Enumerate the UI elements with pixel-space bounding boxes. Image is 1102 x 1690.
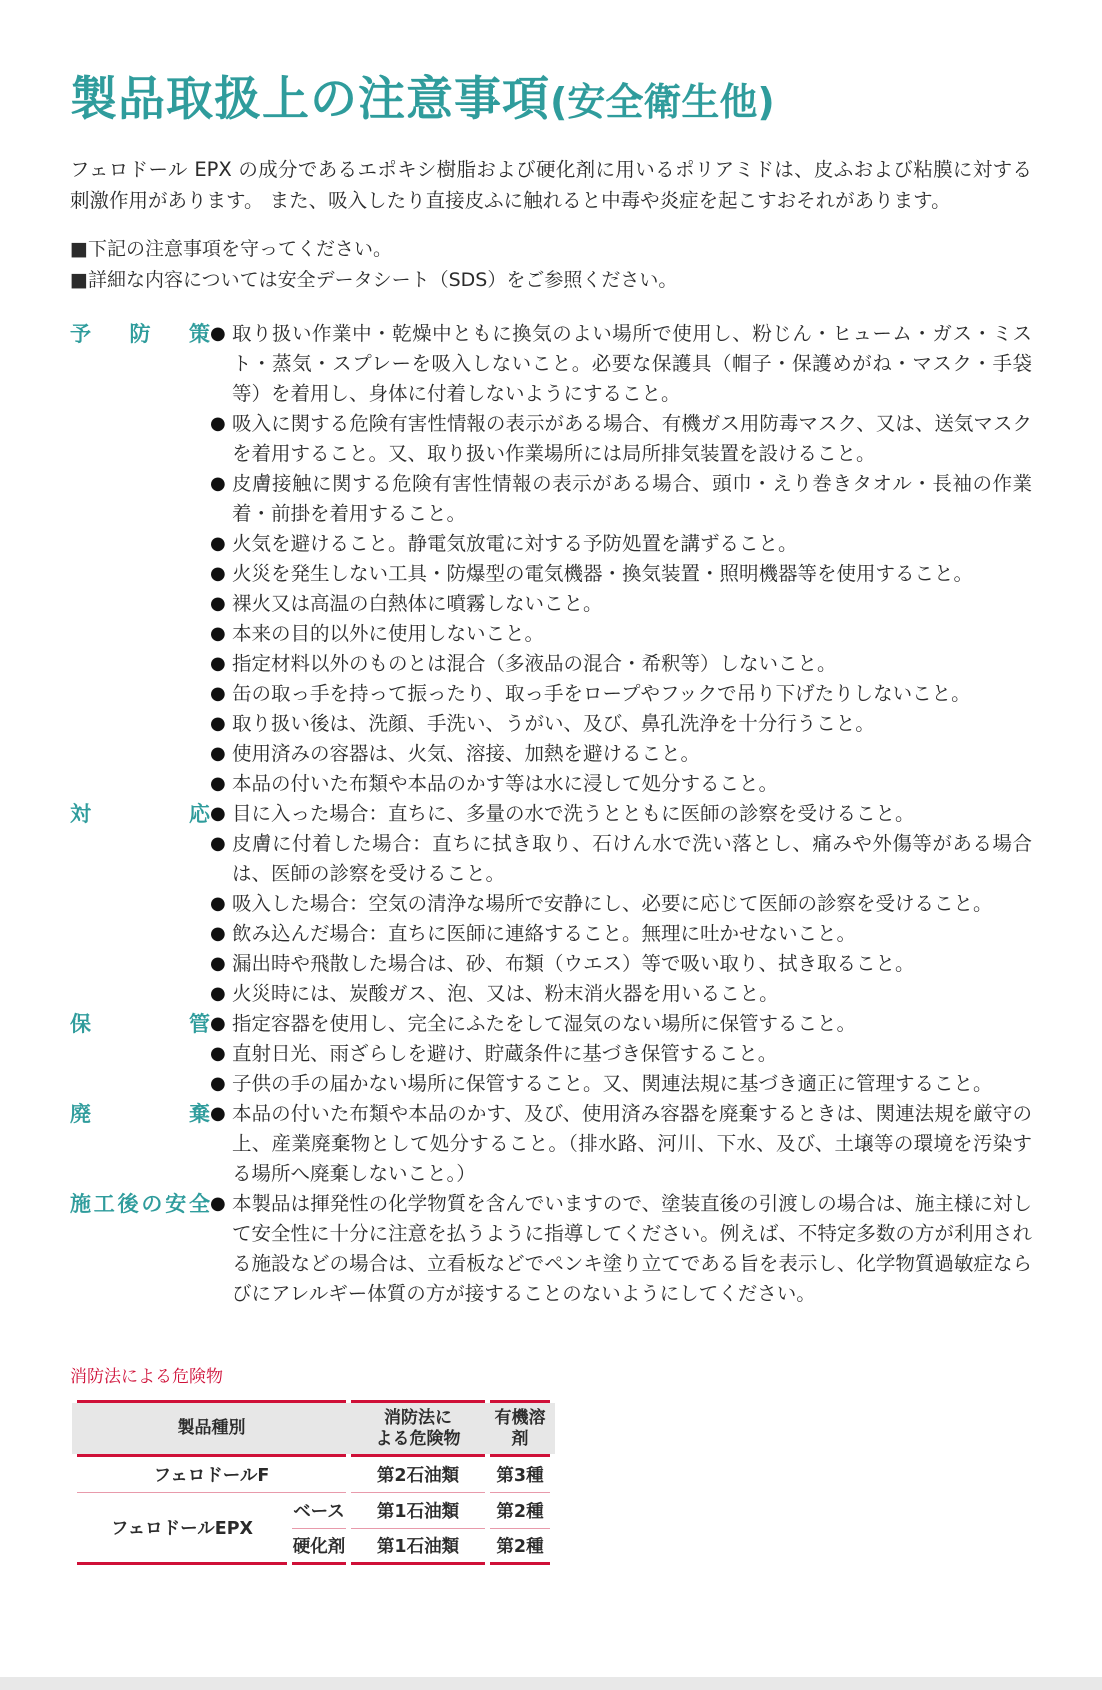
cell-hazard-class: 第2石油類 bbox=[351, 1457, 485, 1493]
col-header-organic-solvent: 有機溶剤 bbox=[490, 1400, 550, 1457]
bullet-icon: ● bbox=[210, 529, 226, 559]
bullet-icon: ● bbox=[210, 829, 226, 859]
bullet-item: ●吸入に関する危険有害性情報の表示がある場合、有機ガス用防毒マスク、又は、送気マ… bbox=[210, 409, 1032, 469]
bullet-item: ●目に入った場合：直ちに、多量の水で洗うとともに医師の診察を受けること。 bbox=[210, 799, 1032, 829]
bullet-icon: ● bbox=[210, 1039, 226, 1069]
table-row-ferrodor-f: フェロドールF 第2石油類 第3種 bbox=[77, 1457, 550, 1493]
bullet-text: 漏出時や飛散した場合は、砂、布類（ウエス）等で吸い取り、拭き取ること。 bbox=[232, 952, 915, 975]
bullet-item: ●本来の目的以外に使用しないこと。 bbox=[210, 619, 1032, 649]
notice-line: ■下記の注意事項を守ってください。 bbox=[70, 234, 1032, 265]
hazard-table-wrap: 製品種別 消防法に よる危険物 有機溶剤 フェロドールF 第2石油類 第3種 フ… bbox=[72, 1400, 555, 1565]
bullet-item: ●取り扱い作業中・乾燥中ともに換気のよい場所で使用し、粉じん・ヒューム・ガス・ミ… bbox=[210, 319, 1032, 409]
bullet-item: ●火気を避けること。静電気放電に対する予防処置を講ずること。 bbox=[210, 529, 1032, 559]
bullet-item: ●使用済みの容器は、火気、溶接、加熱を避けること。 bbox=[210, 739, 1032, 769]
bullet-icon: ● bbox=[210, 469, 226, 499]
bullet-icon: ● bbox=[210, 679, 226, 709]
bullet-icon: ● bbox=[210, 619, 226, 649]
section-response: 対応●目に入った場合：直ちに、多量の水で洗うとともに医師の診察を受けること。●皮… bbox=[70, 799, 1032, 1009]
bullet-text: 使用済みの容器は、火気、溶接、加熱を避けること。 bbox=[232, 742, 700, 765]
section-post-construction-safety: 施工後の安全●本製品は揮発性の化学物質を含んでいますので、塗装直後の引渡しの場合… bbox=[70, 1189, 1032, 1309]
table-row-ferrodor-epx-base: フェロドールEPX ベース 第1石油類 第2種 bbox=[77, 1493, 550, 1529]
bullet-text: 火災を発生しない工具・防爆型の電気機器・換気装置・照明機器等を使用すること。 bbox=[232, 562, 973, 585]
bullet-list: ●本製品は揮発性の化学物質を含んでいますので、塗装直後の引渡しの場合は、施主様に… bbox=[210, 1189, 1032, 1309]
bullet-item: ●本品の付いた布類や本品のかす、及び、使用済み容器を廃棄するときは、関連法規を厳… bbox=[210, 1099, 1032, 1189]
section-label: 予防策 bbox=[70, 319, 210, 349]
bullet-icon: ● bbox=[210, 319, 226, 349]
col-header-fire-law-hazard: 消防法に よる危険物 bbox=[351, 1400, 485, 1457]
bullet-item: ●指定容器を使用し、完全にふたをして湿気のない場所に保管すること。 bbox=[210, 1009, 1032, 1039]
bullet-icon: ● bbox=[210, 649, 226, 679]
page-title-sub: (安全衛生他) bbox=[550, 80, 775, 124]
col-header-product: 製品種別 bbox=[77, 1400, 346, 1457]
bullet-text: 本品の付いた布類や本品のかす等は水に浸して処分すること。 bbox=[232, 772, 778, 795]
cell-component: ベース bbox=[292, 1493, 346, 1529]
bullet-item: ●子供の手の届かない場所に保管すること。又、関連法規に基づき適正に管理すること。 bbox=[210, 1069, 1032, 1099]
section-prevention: 予防策●取り扱い作業中・乾燥中ともに換気のよい場所で使用し、粉じん・ヒューム・ガ… bbox=[70, 319, 1032, 799]
bullet-text: 指定容器を使用し、完全にふたをして湿気のない場所に保管すること。 bbox=[232, 1012, 856, 1035]
bullet-item: ●本品の付いた布類や本品のかす等は水に浸して処分すること。 bbox=[210, 769, 1032, 799]
bullet-text: 吸入に関する危険有害性情報の表示がある場合、有機ガス用防毒マスク、又は、送気マス… bbox=[232, 412, 1032, 465]
bullet-item: ●火災時には、炭酸ガス、泡、又は、粉末消火器を用いること。 bbox=[210, 979, 1032, 1009]
section-label: 施工後の安全 bbox=[70, 1189, 210, 1219]
bullet-icon: ● bbox=[210, 559, 226, 589]
bullet-text: 飲み込んだ場合：直ちに医師に連絡すること。無理に吐かせないこと。 bbox=[232, 922, 856, 945]
table-header-row: 製品種別 消防法に よる危険物 有機溶剤 bbox=[77, 1400, 550, 1457]
bullet-item: ●本製品は揮発性の化学物質を含んでいますので、塗装直後の引渡しの場合は、施主様に… bbox=[210, 1189, 1032, 1309]
section-label: 対応 bbox=[70, 799, 210, 829]
bullet-item: ●裸火又は高温の白熱体に噴霧しないこと。 bbox=[210, 589, 1032, 619]
bullet-text: 本製品は揮発性の化学物質を含んでいますので、塗装直後の引渡しの場合は、施主様に対… bbox=[232, 1192, 1032, 1305]
cell-product: フェロドールEPX bbox=[77, 1493, 287, 1565]
bullet-icon: ● bbox=[210, 1189, 226, 1219]
precaution-sections: 予防策●取り扱い作業中・乾燥中ともに換気のよい場所で使用し、粉じん・ヒューム・ガ… bbox=[70, 319, 1032, 1309]
page-edge-bar bbox=[0, 1677, 1102, 1690]
bullet-text: 本来の目的以外に使用しないこと。 bbox=[232, 622, 544, 645]
bullet-item: ●取り扱い後は、洗顔、手洗い、うがい、及び、鼻孔洗浄を十分行うこと。 bbox=[210, 709, 1032, 739]
section-label: 保管 bbox=[70, 1009, 210, 1039]
section-disposal: 廃棄●本品の付いた布類や本品のかす、及び、使用済み容器を廃棄するときは、関連法規… bbox=[70, 1099, 1032, 1189]
bullet-text: 皮膚接触に関する危険有害性情報の表示がある場合、頭巾・えり巻きタオル・長袖の作業… bbox=[232, 472, 1032, 525]
cell-component: 硬化剤 bbox=[292, 1529, 346, 1565]
bullet-text: 直射日光、雨ざらしを避け、貯蔵条件に基づき保管すること。 bbox=[232, 1042, 777, 1065]
bullet-icon: ● bbox=[210, 769, 226, 799]
bullet-icon: ● bbox=[210, 589, 226, 619]
cell-product: フェロドールF bbox=[77, 1457, 346, 1493]
bullet-icon: ● bbox=[210, 1099, 226, 1129]
notice-list: ■下記の注意事項を守ってください。 ■詳細な内容については安全データシート（SD… bbox=[70, 234, 1032, 296]
bullet-item: ●皮膚に付着した場合：直ちに拭き取り、石けん水で洗い落とし、痛みや外傷等がある場… bbox=[210, 829, 1032, 889]
document-page: 製品取扱上の注意事項(安全衛生他) フェロドール EPX の成分であるエポキシ樹… bbox=[0, 0, 1102, 1690]
bullet-item: ●吸入した場合：空気の清浄な場所で安静にし、必要に応じて医師の診察を受けること。 bbox=[210, 889, 1032, 919]
bullet-icon: ● bbox=[210, 979, 226, 1009]
bullet-icon: ● bbox=[210, 1069, 226, 1099]
bullet-icon: ● bbox=[210, 409, 226, 439]
bullet-item: ●直射日光、雨ざらしを避け、貯蔵条件に基づき保管すること。 bbox=[210, 1039, 1032, 1069]
bullet-text: 取り扱い後は、洗顔、手洗い、うがい、及び、鼻孔洗浄を十分行うこと。 bbox=[232, 712, 875, 735]
bullet-text: 指定材料以外のものとは混合（多液品の混合・希釈等）しないこと。 bbox=[232, 652, 837, 675]
bullet-icon: ● bbox=[210, 1009, 226, 1039]
bullet-icon: ● bbox=[210, 919, 226, 949]
page-content: 製品取扱上の注意事項(安全衛生他) フェロドール EPX の成分であるエポキシ樹… bbox=[70, 0, 1032, 1565]
cell-hazard-class: 第1石油類 bbox=[351, 1493, 485, 1529]
bullet-text: 子供の手の届かない場所に保管すること。又、関連法規に基づき適正に管理すること。 bbox=[232, 1072, 993, 1095]
bullet-text: 皮膚に付着した場合：直ちに拭き取り、石けん水で洗い落とし、痛みや外傷等がある場合… bbox=[232, 832, 1032, 885]
bullet-item: ●漏出時や飛散した場合は、砂、布類（ウエス）等で吸い取り、拭き取ること。 bbox=[210, 949, 1032, 979]
bullet-list: ●目に入った場合：直ちに、多量の水で洗うとともに医師の診察を受けること。●皮膚に… bbox=[210, 799, 1032, 1009]
cell-solvent-class: 第2種 bbox=[490, 1493, 550, 1529]
bullet-icon: ● bbox=[210, 799, 226, 829]
section-storage: 保管●指定容器を使用し、完全にふたをして湿気のない場所に保管すること。●直射日光… bbox=[70, 1009, 1032, 1099]
cell-hazard-class: 第1石油類 bbox=[351, 1529, 485, 1565]
bullet-text: 缶の取っ手を持って振ったり、取っ手をロープやフックで吊り下げたりしないこと。 bbox=[232, 682, 971, 705]
bullet-item: ●飲み込んだ場合：直ちに医師に連絡すること。無理に吐かせないこと。 bbox=[210, 919, 1032, 949]
bullet-icon: ● bbox=[210, 739, 226, 769]
bullet-list: ●本品の付いた布類や本品のかす、及び、使用済み容器を廃棄するときは、関連法規を厳… bbox=[210, 1099, 1032, 1189]
bullet-list: ●指定容器を使用し、完全にふたをして湿気のない場所に保管すること。●直射日光、雨… bbox=[210, 1009, 1032, 1099]
hazard-table: 製品種別 消防法に よる危険物 有機溶剤 フェロドールF 第2石油類 第3種 フ… bbox=[72, 1400, 555, 1565]
bullet-text: 火災時には、炭酸ガス、泡、又は、粉末消火器を用いること。 bbox=[232, 982, 779, 1005]
bullet-icon: ● bbox=[210, 709, 226, 739]
cell-solvent-class: 第3種 bbox=[490, 1457, 550, 1493]
bullet-item: ●皮膚接触に関する危険有害性情報の表示がある場合、頭巾・えり巻きタオル・長袖の作… bbox=[210, 469, 1032, 529]
bullet-item: ●缶の取っ手を持って振ったり、取っ手をロープやフックで吊り下げたりしないこと。 bbox=[210, 679, 1032, 709]
bullet-text: 吸入した場合：空気の清浄な場所で安静にし、必要に応じて医師の診察を受けること。 bbox=[232, 892, 993, 915]
page-title: 製品取扱上の注意事項(安全衛生他) bbox=[70, 74, 1032, 130]
cell-solvent-class: 第2種 bbox=[490, 1529, 550, 1565]
page-title-main: 製品取扱上の注意事項 bbox=[70, 72, 550, 127]
bullet-text: 火気を避けること。静電気放電に対する予防処置を講ずること。 bbox=[232, 532, 798, 555]
fire-law-heading: 消防法による危険物 bbox=[70, 1365, 1032, 1389]
bullet-icon: ● bbox=[210, 889, 226, 919]
intro-paragraph: フェロドール EPX の成分であるエポキシ樹脂および硬化剤に用いるポリアミドは、… bbox=[70, 154, 1032, 216]
bullet-text: 裸火又は高温の白熱体に噴霧しないこと。 bbox=[232, 592, 603, 615]
section-label: 廃棄 bbox=[70, 1099, 210, 1129]
notice-line: ■詳細な内容については安全データシート（SDS）をご参照ください。 bbox=[70, 265, 1032, 296]
bullet-list: ●取り扱い作業中・乾燥中ともに換気のよい場所で使用し、粉じん・ヒューム・ガス・ミ… bbox=[210, 319, 1032, 799]
bullet-text: 取り扱い作業中・乾燥中ともに換気のよい場所で使用し、粉じん・ヒューム・ガス・ミス… bbox=[232, 322, 1032, 405]
bullet-item: ●火災を発生しない工具・防爆型の電気機器・換気装置・照明機器等を使用すること。 bbox=[210, 559, 1032, 589]
bullet-icon: ● bbox=[210, 949, 226, 979]
bullet-item: ●指定材料以外のものとは混合（多液品の混合・希釈等）しないこと。 bbox=[210, 649, 1032, 679]
bullet-text: 本品の付いた布類や本品のかす、及び、使用済み容器を廃棄するときは、関連法規を厳守… bbox=[232, 1102, 1032, 1185]
bullet-text: 目に入った場合：直ちに、多量の水で洗うとともに医師の診察を受けること。 bbox=[232, 802, 915, 825]
